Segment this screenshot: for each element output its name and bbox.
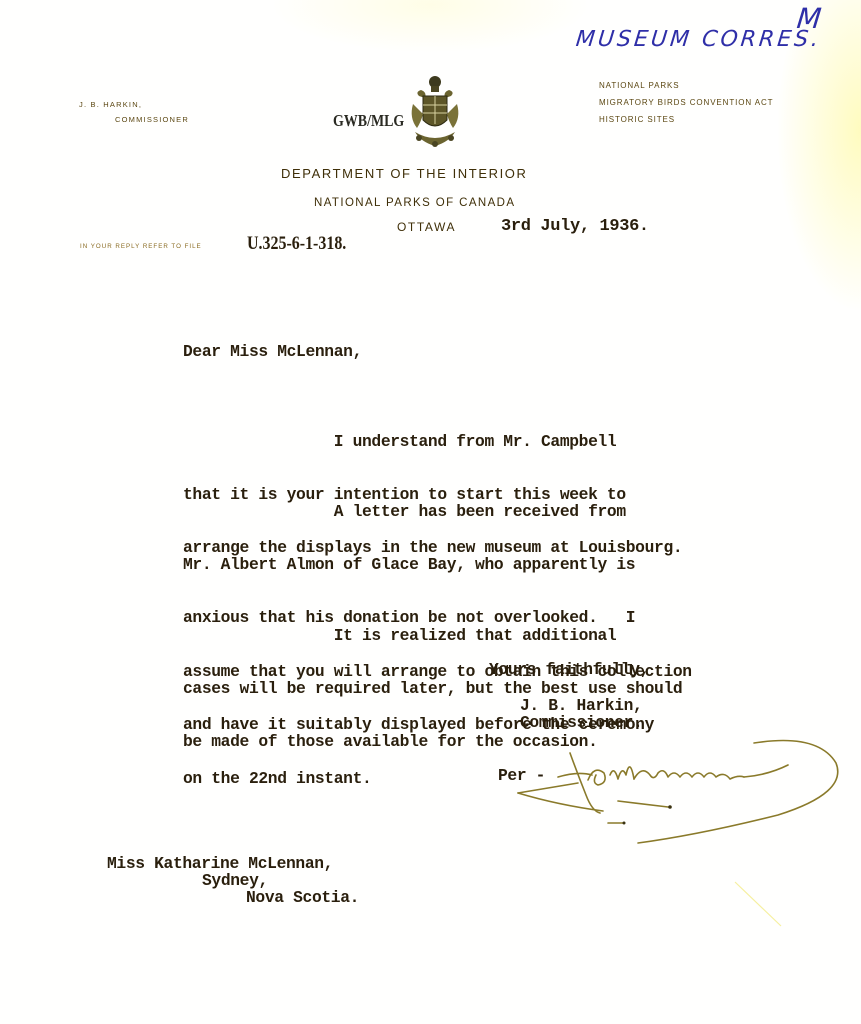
signatory-title: Commissioner. xyxy=(520,714,642,732)
branch-name: NATIONAL PARKS OF CANADA xyxy=(314,197,515,209)
letterhead-right-line-2: MIGRATORY BIRDS CONVENTION ACT xyxy=(599,98,773,107)
handwritten-initial: M xyxy=(795,2,823,35)
file-reference-label: IN YOUR REPLY REFER TO FILE xyxy=(80,243,202,250)
handwritten-label: MUSEUM CORRES. xyxy=(575,27,823,52)
city-name: OTTAWA xyxy=(397,220,456,234)
letter-page: MUSEUM CORRES. M J. B. HARKIN, COMMISSIO… xyxy=(0,0,861,1024)
coat-of-arms-icon xyxy=(409,74,461,150)
file-number: U.325-6-1-318. xyxy=(247,233,346,255)
signature-icon xyxy=(518,735,848,845)
letter-date: 3rd July, 1936. xyxy=(501,218,649,236)
typist-initials: GWB/MLG xyxy=(333,111,404,131)
letterhead-right-line-1: NATIONAL PARKS xyxy=(599,81,679,90)
paragraph-line: I understand from Mr. Campbell xyxy=(183,433,682,451)
salutation: Dear Miss McLennan, xyxy=(183,343,362,361)
department-name: DEPARTMENT OF THE INTERIOR xyxy=(281,166,528,181)
handwritten-annotation: MUSEUM CORRES. xyxy=(532,2,825,77)
recipient-province: Nova Scotia. xyxy=(246,889,359,907)
letterhead-name: J. B. HARKIN, xyxy=(79,100,142,109)
letterhead-title: COMMISSIONER xyxy=(115,115,189,124)
paragraph-line: It is realized that additional xyxy=(183,627,682,645)
closing: Yours faithfully, xyxy=(489,661,649,679)
paragraph-line: Mr. Albert Almon of Glace Bay, who appar… xyxy=(183,556,692,574)
stray-mark-icon xyxy=(733,880,783,930)
paragraph-line: A letter has been received from xyxy=(183,503,692,521)
letterhead-right-line-3: HISTORIC SITES xyxy=(599,115,675,124)
